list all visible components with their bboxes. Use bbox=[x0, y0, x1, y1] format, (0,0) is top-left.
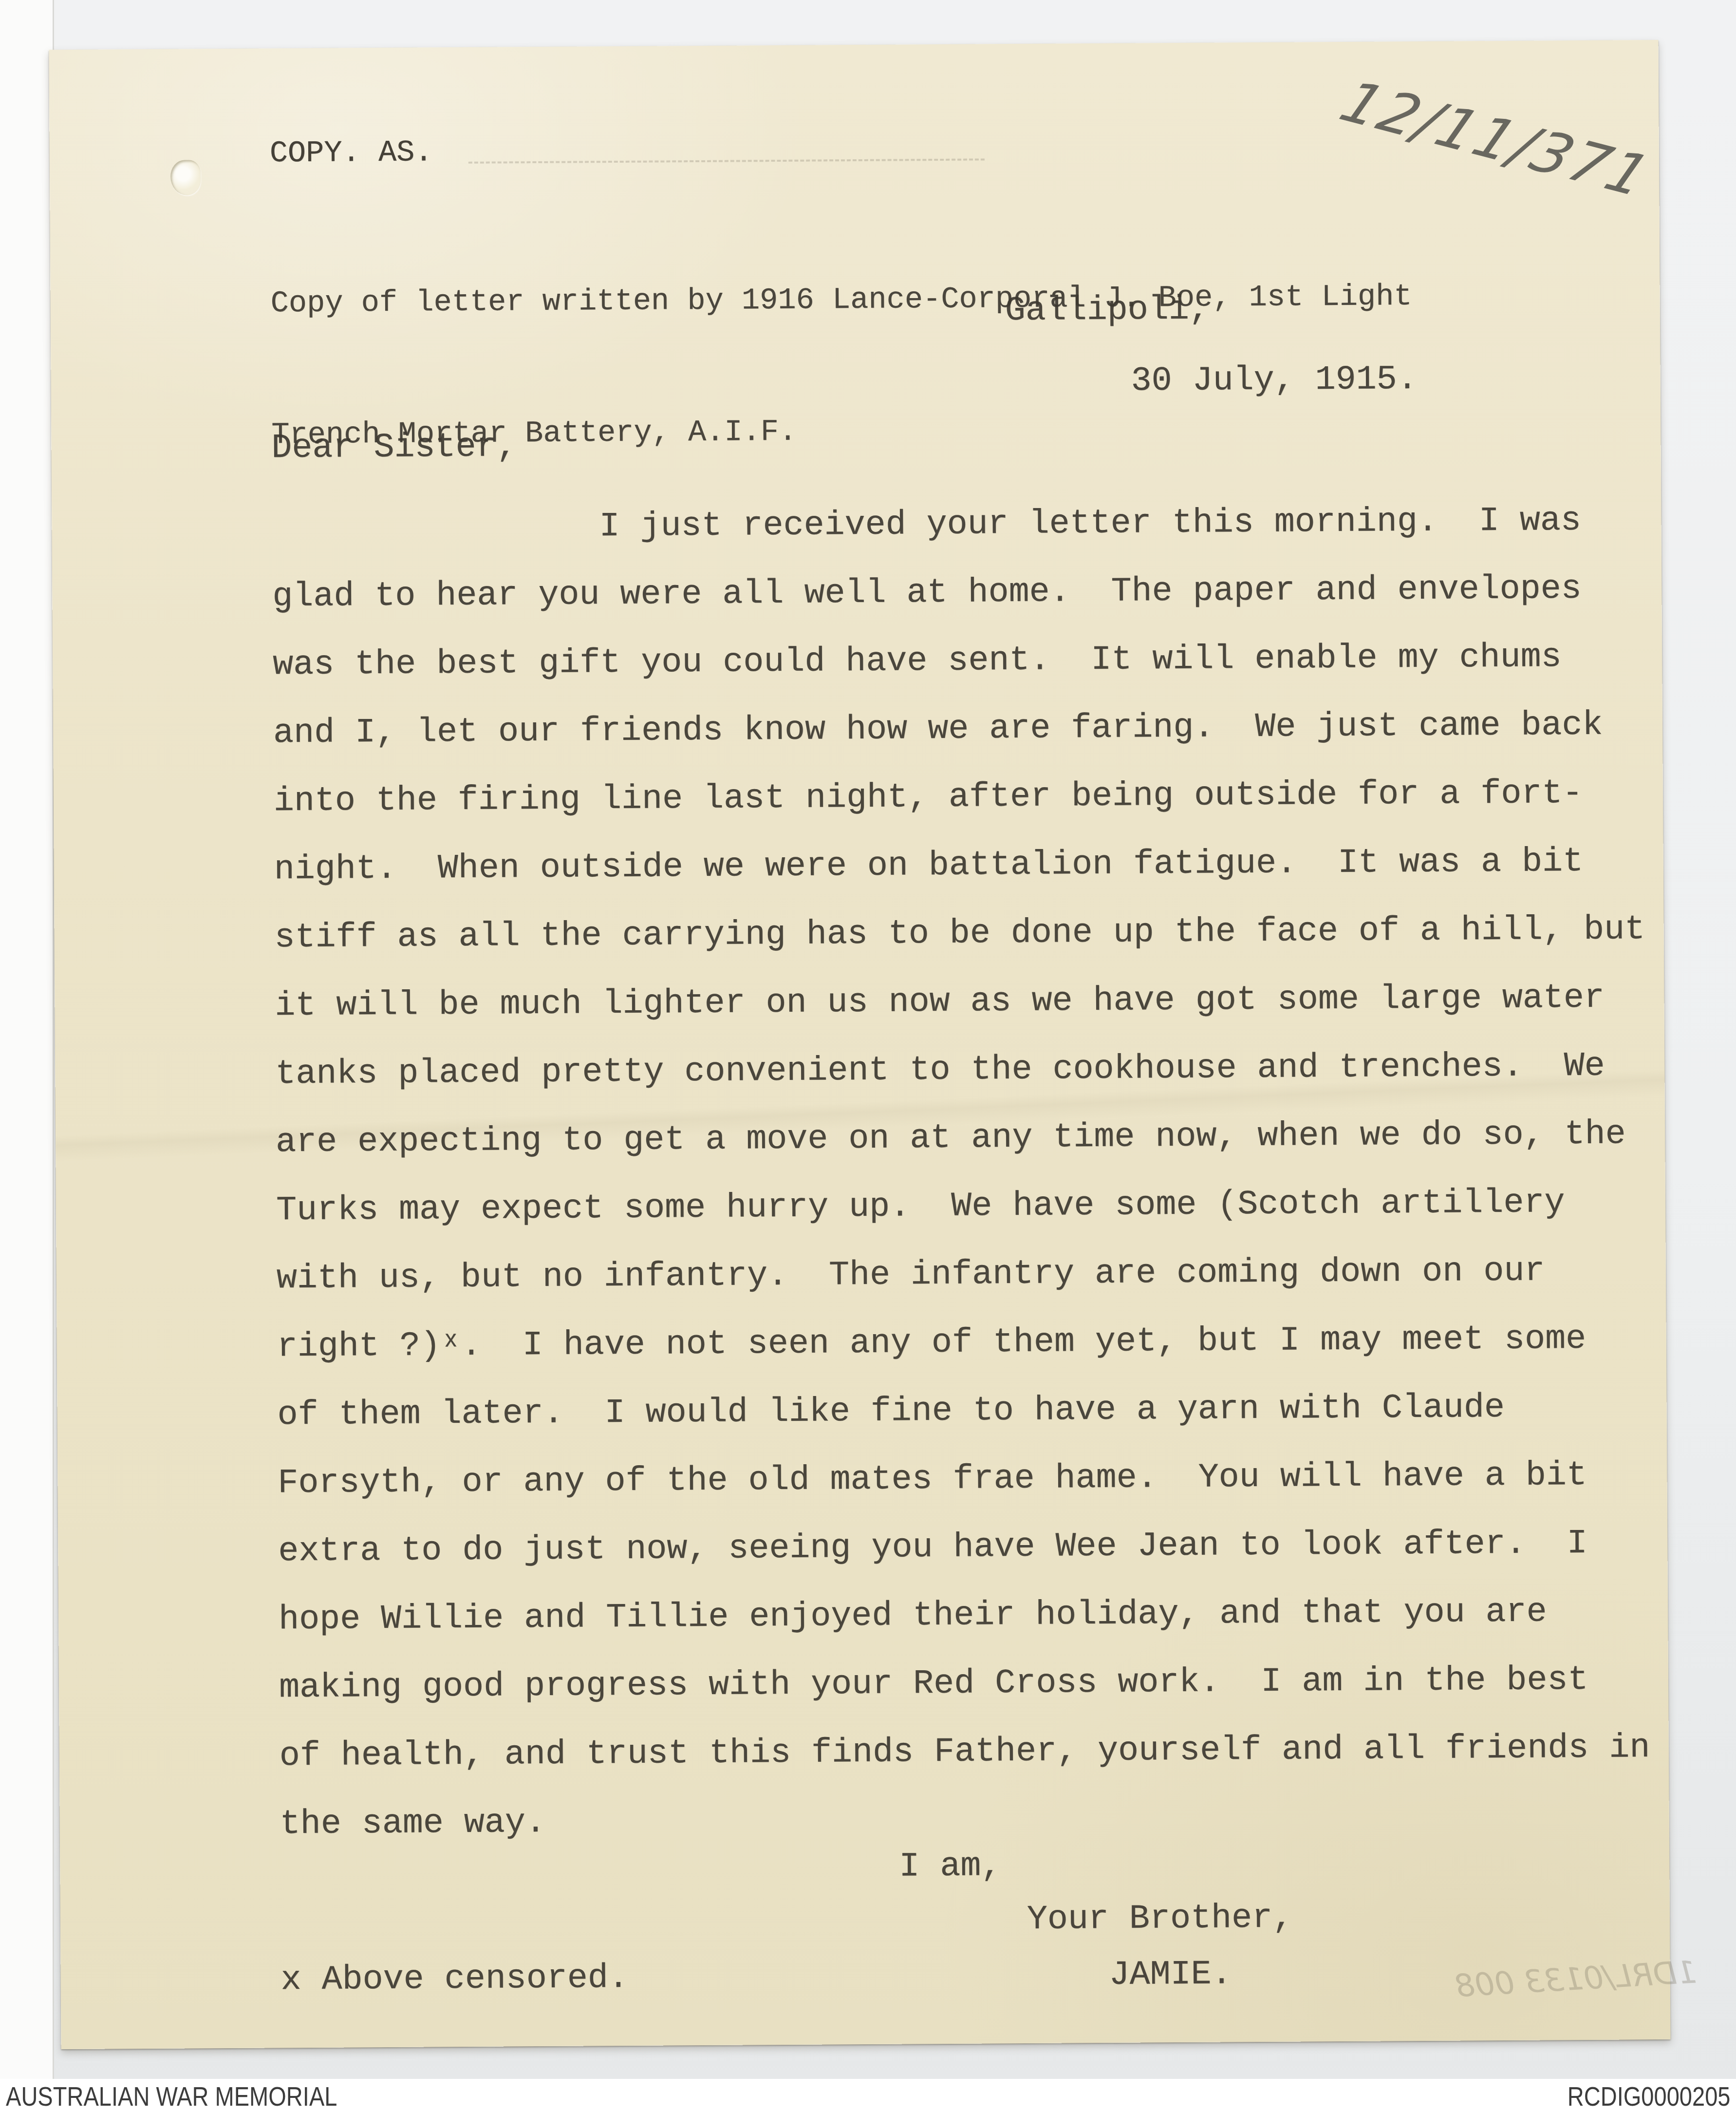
letter-line: tanks placed pretty convenient to the co… bbox=[275, 1032, 1646, 1109]
footer-bar: AUSTRALIAN WAR MEMORIAL RCDIG0000205 bbox=[0, 2079, 1736, 2113]
closing-i-am: I am, bbox=[899, 1849, 1001, 1884]
letter-line: extra to do just now, seeing you have We… bbox=[278, 1509, 1649, 1586]
closing-relation: Your Brother, bbox=[1027, 1902, 1293, 1937]
footer-institution: AUSTRALIAN WAR MEMORIAL bbox=[6, 2080, 337, 2112]
scan-viewport: 12/11/371 COPY. AS. Copy of letter writt… bbox=[0, 0, 1736, 2113]
letter-line: with us, but no infantry. The infantry a… bbox=[276, 1237, 1647, 1313]
copy-label: COPY. AS. bbox=[270, 137, 433, 169]
closing-signature: JAMIE. bbox=[1109, 1958, 1232, 1993]
letter-line: stiff as all the carrying has to be done… bbox=[274, 896, 1645, 972]
salutation: Dear Sister, bbox=[271, 430, 517, 466]
bleed-through-text: 1DRL/0133 008 bbox=[1375, 1954, 1698, 2009]
letter-line: Forsyth, or any of the old mates frae ha… bbox=[278, 1441, 1648, 1518]
letter-line: it will be much lighter on us now as we … bbox=[275, 964, 1645, 1040]
letter-line: glad to hear you were all well at home. … bbox=[272, 555, 1643, 631]
letter-body: I just received your letter this morning… bbox=[272, 487, 1651, 1859]
letter-page: 12/11/371 COPY. AS. Copy of letter writt… bbox=[49, 40, 1670, 2049]
letter-line: of health, and trust this finds Father, … bbox=[279, 1714, 1650, 1791]
letter-line: Turks may expect some hurry up. We have … bbox=[276, 1169, 1647, 1245]
letter-line: hope Willie and Tillie enjoyed their hol… bbox=[279, 1578, 1649, 1654]
scanner-edge-strip bbox=[0, 0, 54, 2079]
date-line: 30 July, 1915. bbox=[1131, 363, 1418, 399]
letter-line: right ?)ˣ. I have not seen any of them y… bbox=[277, 1305, 1647, 1381]
letter-line: into the firing line last night, after b… bbox=[274, 759, 1644, 836]
letter-line: I just received your letter this morning… bbox=[272, 487, 1643, 563]
letter-line: of them later. I would like fine to have… bbox=[277, 1373, 1648, 1450]
letter-line: making good progress with your Red Cross… bbox=[279, 1646, 1650, 1722]
place-line: Gallipoli, bbox=[1005, 293, 1210, 329]
letter-line: are expecting to get a move on at any ti… bbox=[276, 1100, 1646, 1177]
letter-description-line1: Copy of letter written by 1916 Lance-Cor… bbox=[270, 275, 1412, 325]
letter-line: and I, let our friends know how we are f… bbox=[273, 691, 1644, 768]
paper-tear-hole bbox=[170, 160, 201, 195]
footer-reference-id: RCDIG0000205 bbox=[1567, 2080, 1730, 2112]
letter-line: night. When outside we were on battalion… bbox=[274, 828, 1644, 904]
censored-footnote: x Above censored. bbox=[281, 1962, 629, 1998]
letter-line: was the best gift you could have sent. I… bbox=[273, 623, 1643, 699]
faint-underline bbox=[468, 158, 985, 163]
